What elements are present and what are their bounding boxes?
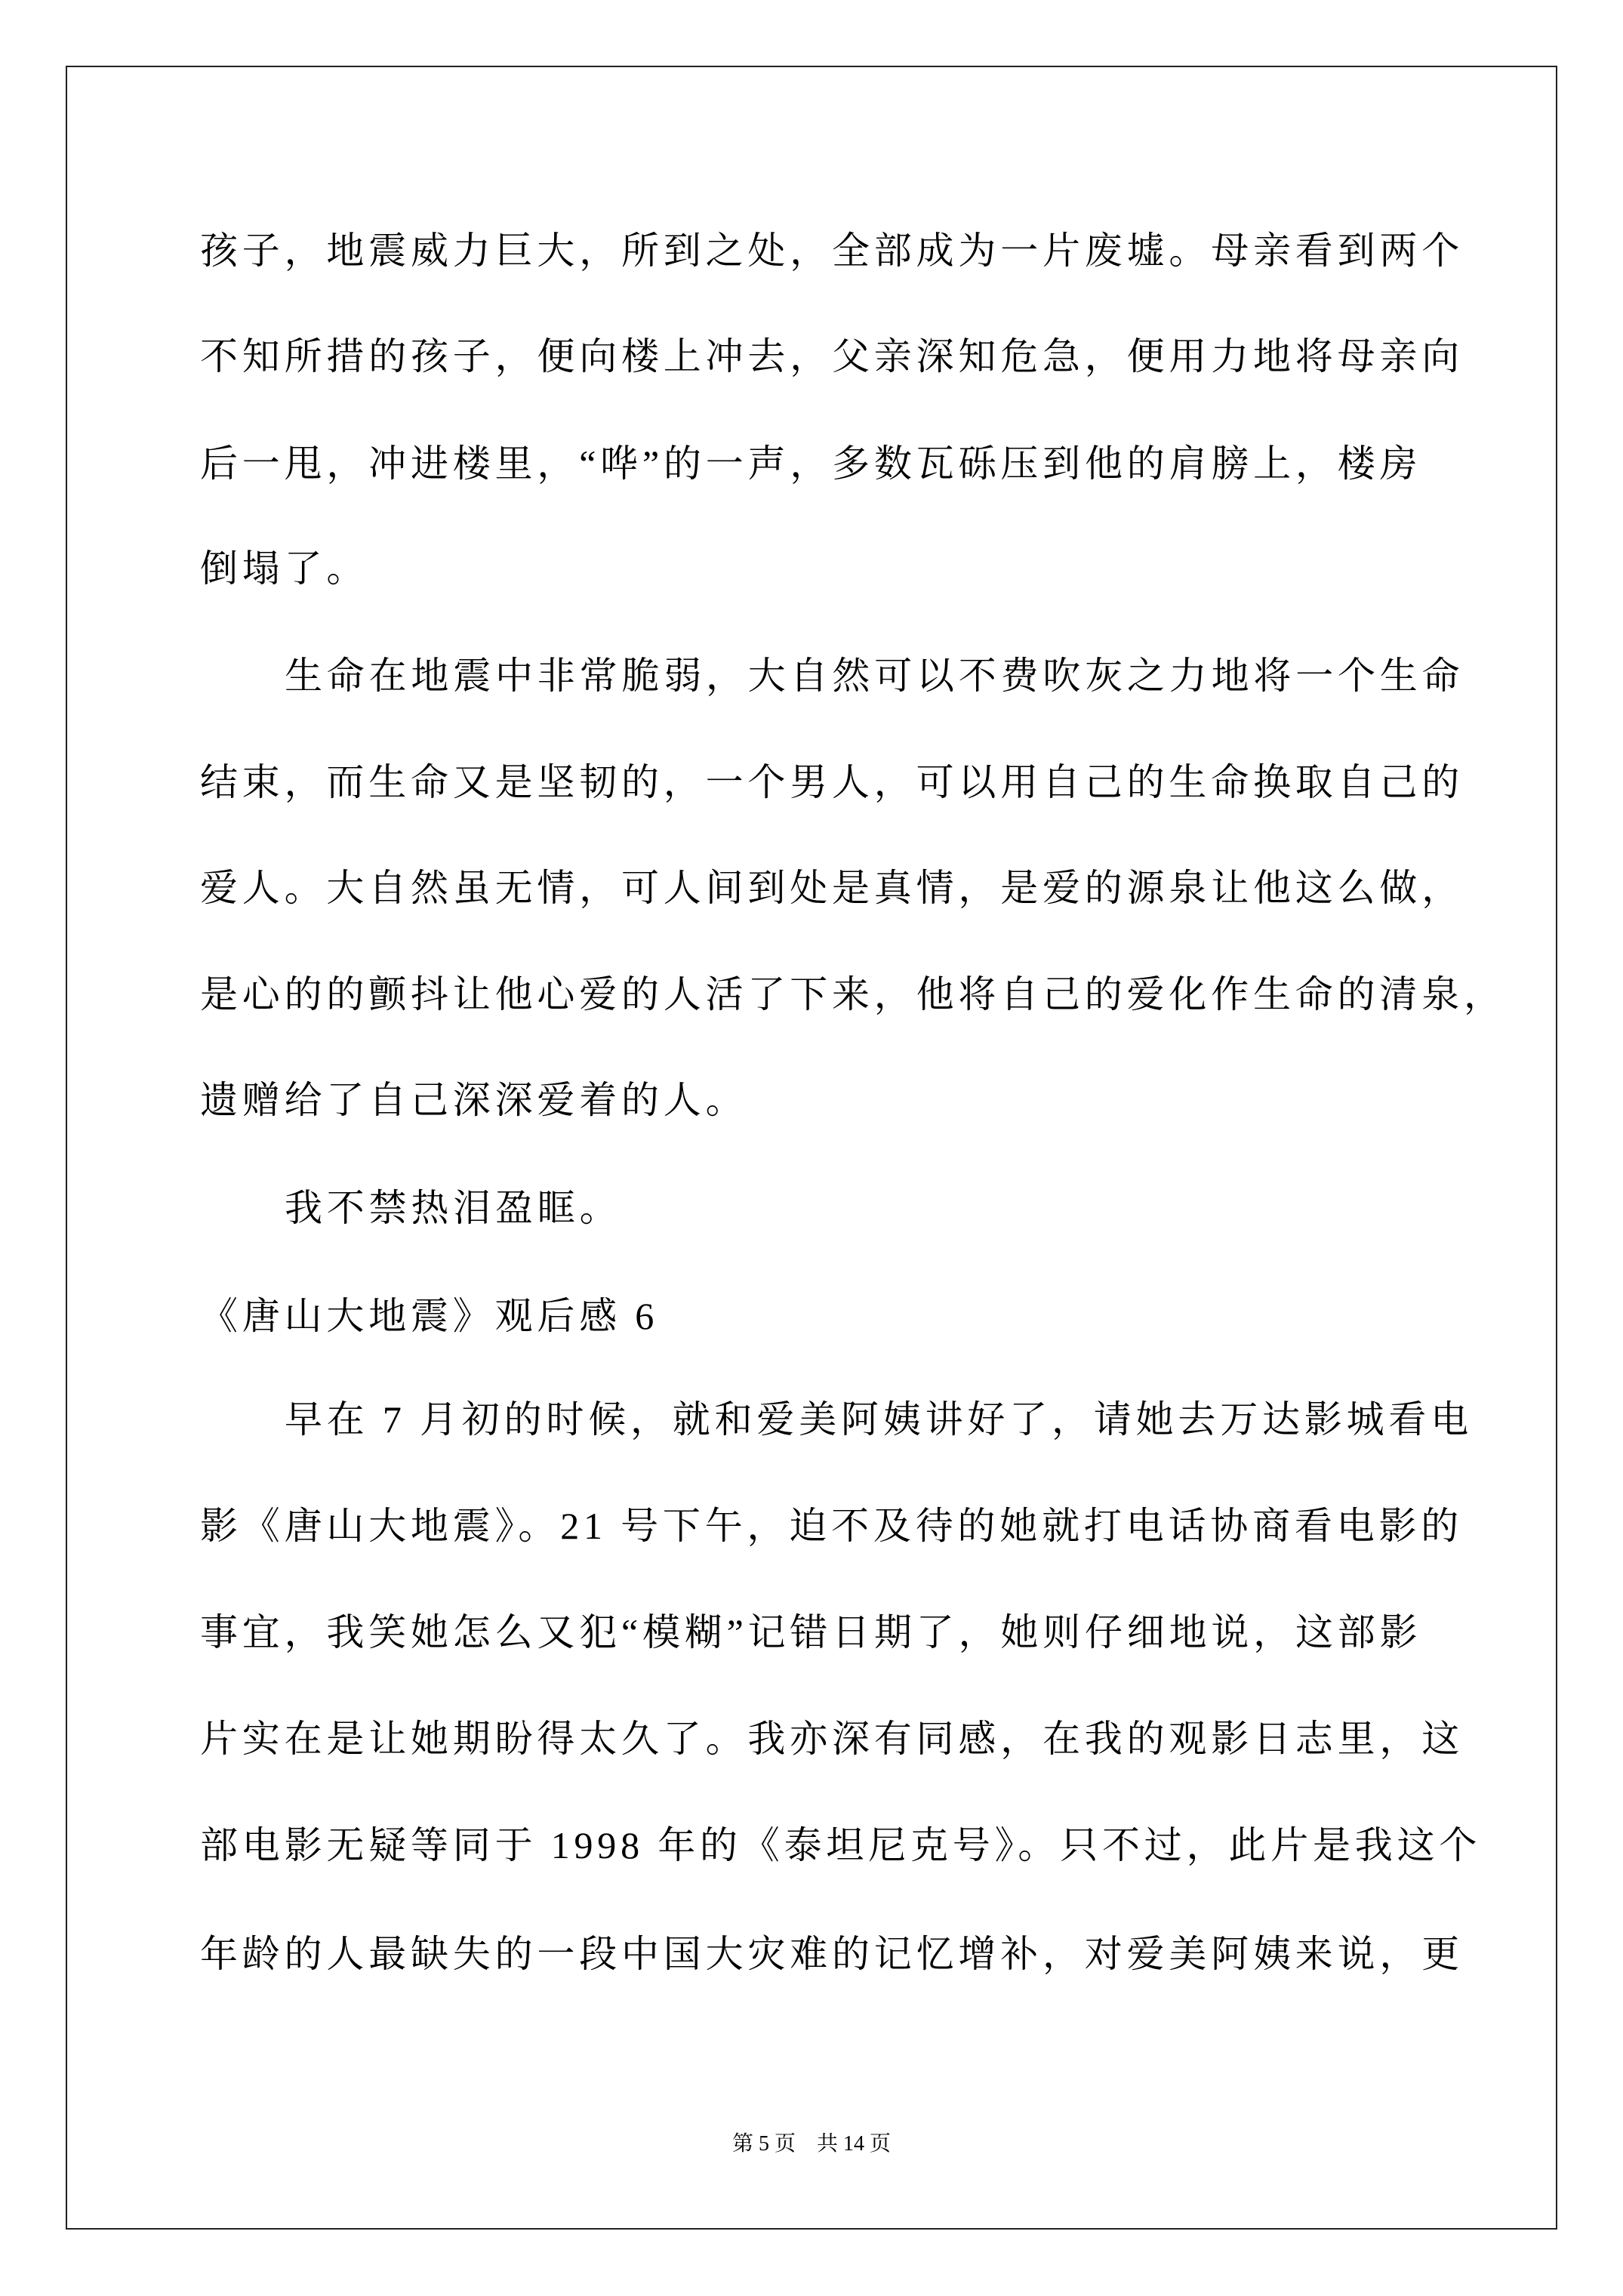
body-line-13: 影《唐山大地震》。21 号下午，迫不及待的她就打电话协商看电影的 bbox=[200, 1499, 1463, 1552]
paragraph-start-line: 生命在地震中非常脆弱，大自然可以不费吹灰之力地将一个生命 bbox=[285, 649, 1464, 702]
body-line-2: 不知所措的孩子，便向楼上冲去，父亲深知危急，便用力地将母亲向 bbox=[200, 330, 1464, 383]
body-line-15: 片实在是让她期盼得太久了。我亦深有同感，在我的观影日志里，这 bbox=[200, 1712, 1464, 1765]
body-line-6: 结束，而生命又是坚韧的，一个男人，可以用自己的生命换取自己的 bbox=[200, 756, 1464, 809]
page-number-footer: 第 5 页 共 14 页 bbox=[0, 2131, 1623, 2158]
body-line-1: 孩子，地震威力巨大，所到之处，全部成为一片废墟。母亲看到两个 bbox=[200, 224, 1464, 277]
body-line-14: 事宜，我笑她怎么又犯“模糊”记错日期了，她则仔细地说，这部影 bbox=[200, 1606, 1421, 1659]
body-line-3: 后一甩，冲进楼里，“哗”的一声，多数瓦砾压到他的肩膀上，楼房 bbox=[200, 437, 1421, 490]
paragraph-short-line: 我不禁热泪盈眶。 bbox=[285, 1182, 621, 1234]
paragraph-start-line: 早在 7 月初的时候，就和爱美阿姨讲好了，请她去万达影城看电 bbox=[285, 1393, 1473, 1446]
body-line-9: 遗赠给了自己深深爱着的人。 bbox=[200, 1074, 747, 1126]
body-line-16: 部电影无疑等同于 1998 年的《泰坦尼克号》。只不过，此片是我这个 bbox=[200, 1819, 1481, 1872]
body-line-8: 是心的的颤抖让他心爱的人活了下来，他将自己的爱化作生命的清泉， bbox=[200, 968, 1506, 1021]
body-line-4: 倒塌了。 bbox=[200, 542, 368, 595]
page-frame bbox=[66, 66, 1557, 2230]
body-line-17: 年龄的人最缺失的一段中国大灾难的记忆增补，对爱美阿姨来说，更 bbox=[200, 1928, 1464, 1980]
section-title: 《唐山大地震》观后感 6 bbox=[200, 1290, 658, 1342]
body-line-7: 爱人。大自然虽无情，可人间到处是真情，是爱的源泉让他这么做， bbox=[200, 861, 1464, 914]
